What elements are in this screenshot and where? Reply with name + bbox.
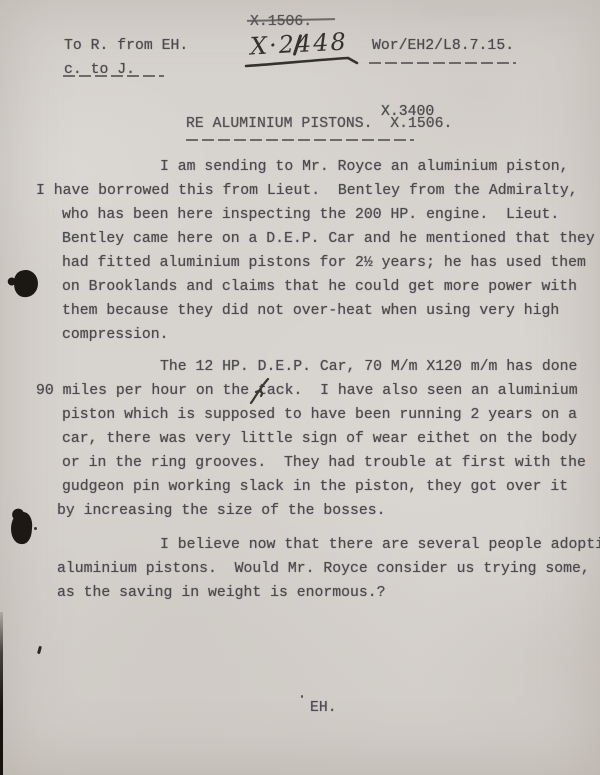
body-line: 90 miles per hour on the tack. I have al… [36,379,600,403]
body-line: I am sending to Mr. Royce an aluminium p… [160,155,600,179]
memo-body: I am sending to Mr. Royce an aluminium p… [0,155,600,605]
body-line: them because they did not over-heat when… [62,299,600,323]
body-line: compression. [62,323,600,347]
body-line: aluminium pistons. Would Mr. Royce consi… [57,557,600,581]
body-line: piston which is supposed to have been ru… [62,403,600,427]
typed-underline [369,62,516,64]
body-line: by increasing the size of the bosses. [57,499,600,523]
signature-initials: EH. [310,696,337,720]
body-line: or in the ring grooves. They had trouble… [62,451,600,475]
scan-edge-shadow [0,612,3,775]
body-line: had fitted aluminium pistons for 2½ year… [62,251,600,275]
body-line: car, there was very little sign of wear … [62,427,600,451]
body-line: as the saving in weight is enormous.? [57,581,600,605]
handwritten-correction-mark [248,376,274,406]
scanned-memo-page: X.1506. To R. from EH.c. to J. X·2448 Wo… [0,0,600,775]
body-line: I believe now that there are several peo… [160,533,600,557]
bleed-through-smudge [536,24,594,33]
body-line: Bentley came here on a D.E.P. Car and he… [62,227,600,251]
ink-speck [301,695,303,698]
bleed-through-smudge [420,6,590,16]
recipient-line-1: To R. from EH. [64,38,188,54]
body-line: The 12 HP. D.E.P. Car, 70 M/m X120 m/m h… [160,355,600,379]
body-line: on Brooklands and claims that he could g… [62,275,600,299]
file-reference: Wor/EH2/L8.7.15. [372,34,514,58]
ink-speck [34,527,37,530]
typed-underline [186,139,414,141]
body-line: gudgeon pin working slack in the piston,… [62,475,600,499]
handwritten-underline [244,54,362,70]
body-line: who has been here inspecting the 200 HP.… [62,203,600,227]
typed-underline [63,75,164,77]
ink-speck [37,646,42,655]
body-line: I have borrowed this from Lieut. Bentley… [36,179,600,203]
document-title: RE ALUMINIUM PISTONS. X.1506. [186,112,452,136]
